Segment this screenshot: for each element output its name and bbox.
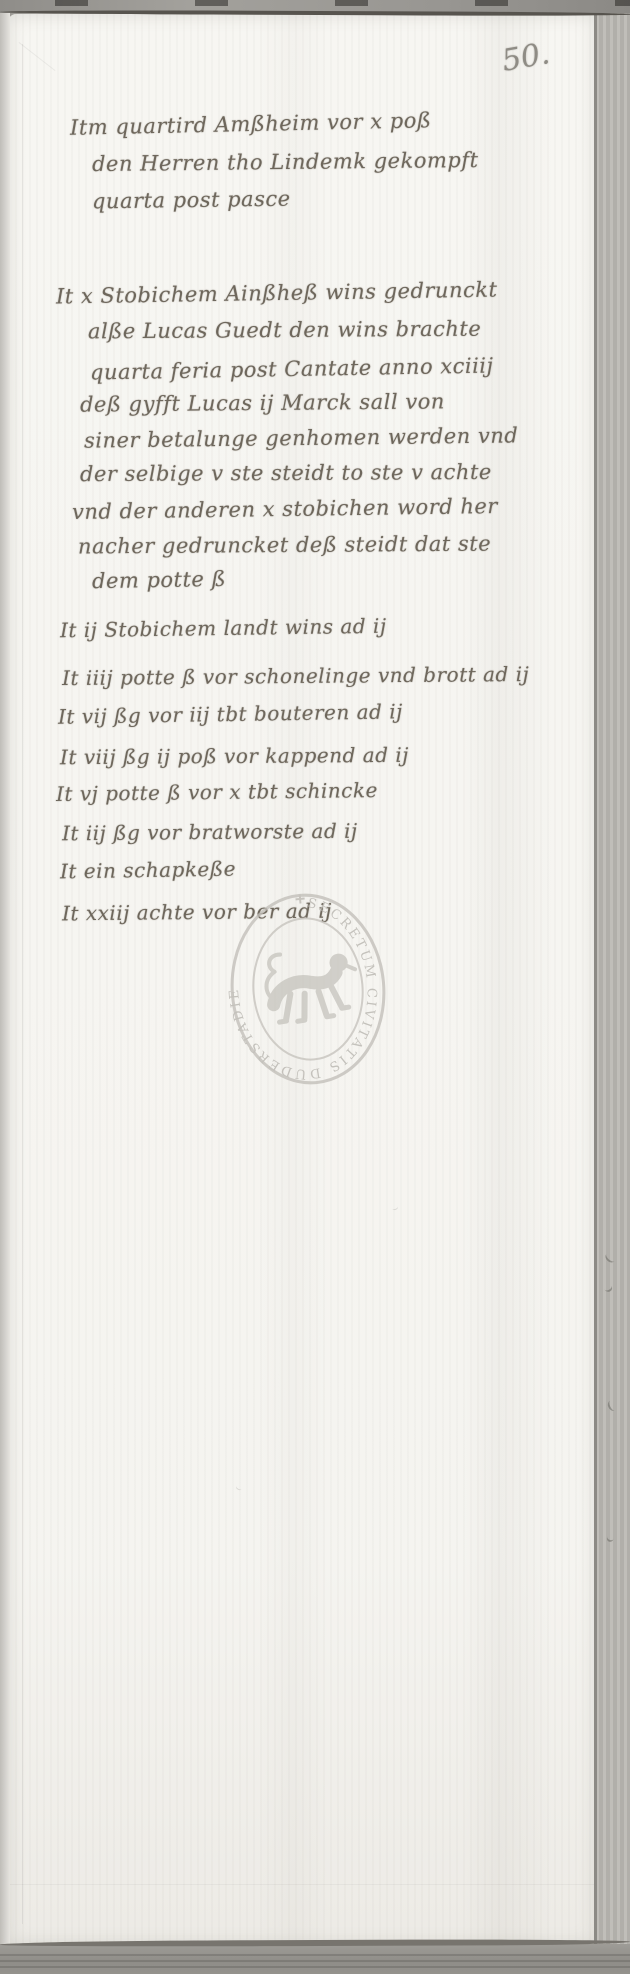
manuscript-line: It iij ßg vor bratworste ad ij	[62, 819, 358, 846]
manuscript-line: It iiij potte ß vor schonelinge vnd brot…	[62, 662, 529, 690]
ink-bleed-mark	[606, 1399, 619, 1413]
paper-crease	[19, 42, 56, 71]
ink-bleed-mark	[606, 1532, 616, 1543]
paper-tone-band	[463, 14, 553, 1945]
manuscript-line: deß gyfft Lucas ij Marck sall von	[80, 389, 445, 416]
book-fore-edge	[596, 13, 630, 1946]
manuscript-scan-page: 50. Itm quartird Amßheim vor x poß den H…	[0, 0, 630, 1974]
book-bottom-edge	[0, 1944, 630, 1974]
paper-crease	[8, 1884, 596, 1885]
lion-rampant-icon	[262, 943, 362, 1025]
manuscript-line: It viij ßg ij poß vor kappend ad ij	[60, 743, 409, 769]
ink-bleed-mark	[603, 1250, 617, 1264]
manuscript-line: It ij Stobichem landt wins ad ij	[60, 614, 387, 643]
manuscript-line: der selbige v ste steidt to ste v achte	[80, 460, 492, 486]
ink-bleed-mark	[602, 1282, 613, 1294]
manuscript-line: It ein schapkeße	[60, 857, 236, 884]
manuscript-line: quarta post pasce	[92, 187, 291, 214]
book-left-edge	[0, 13, 10, 1946]
manuscript-line: den Herren tho Lindemk gekompft	[92, 148, 479, 176]
paper-crease	[22, 44, 23, 1924]
manuscript-line: dem potte ß	[92, 567, 226, 593]
manuscript-line: nacher gedruncket deß steidt dat ste	[78, 532, 491, 559]
manuscript-line: alße Lucas Guedt den wins brachte	[88, 317, 481, 344]
city-seal-stamp: SECRETUM CIVITATIS DUDERSTADIE	[216, 881, 401, 1097]
manuscript-line: It vj potte ß vor x tbt schincke	[56, 778, 378, 806]
